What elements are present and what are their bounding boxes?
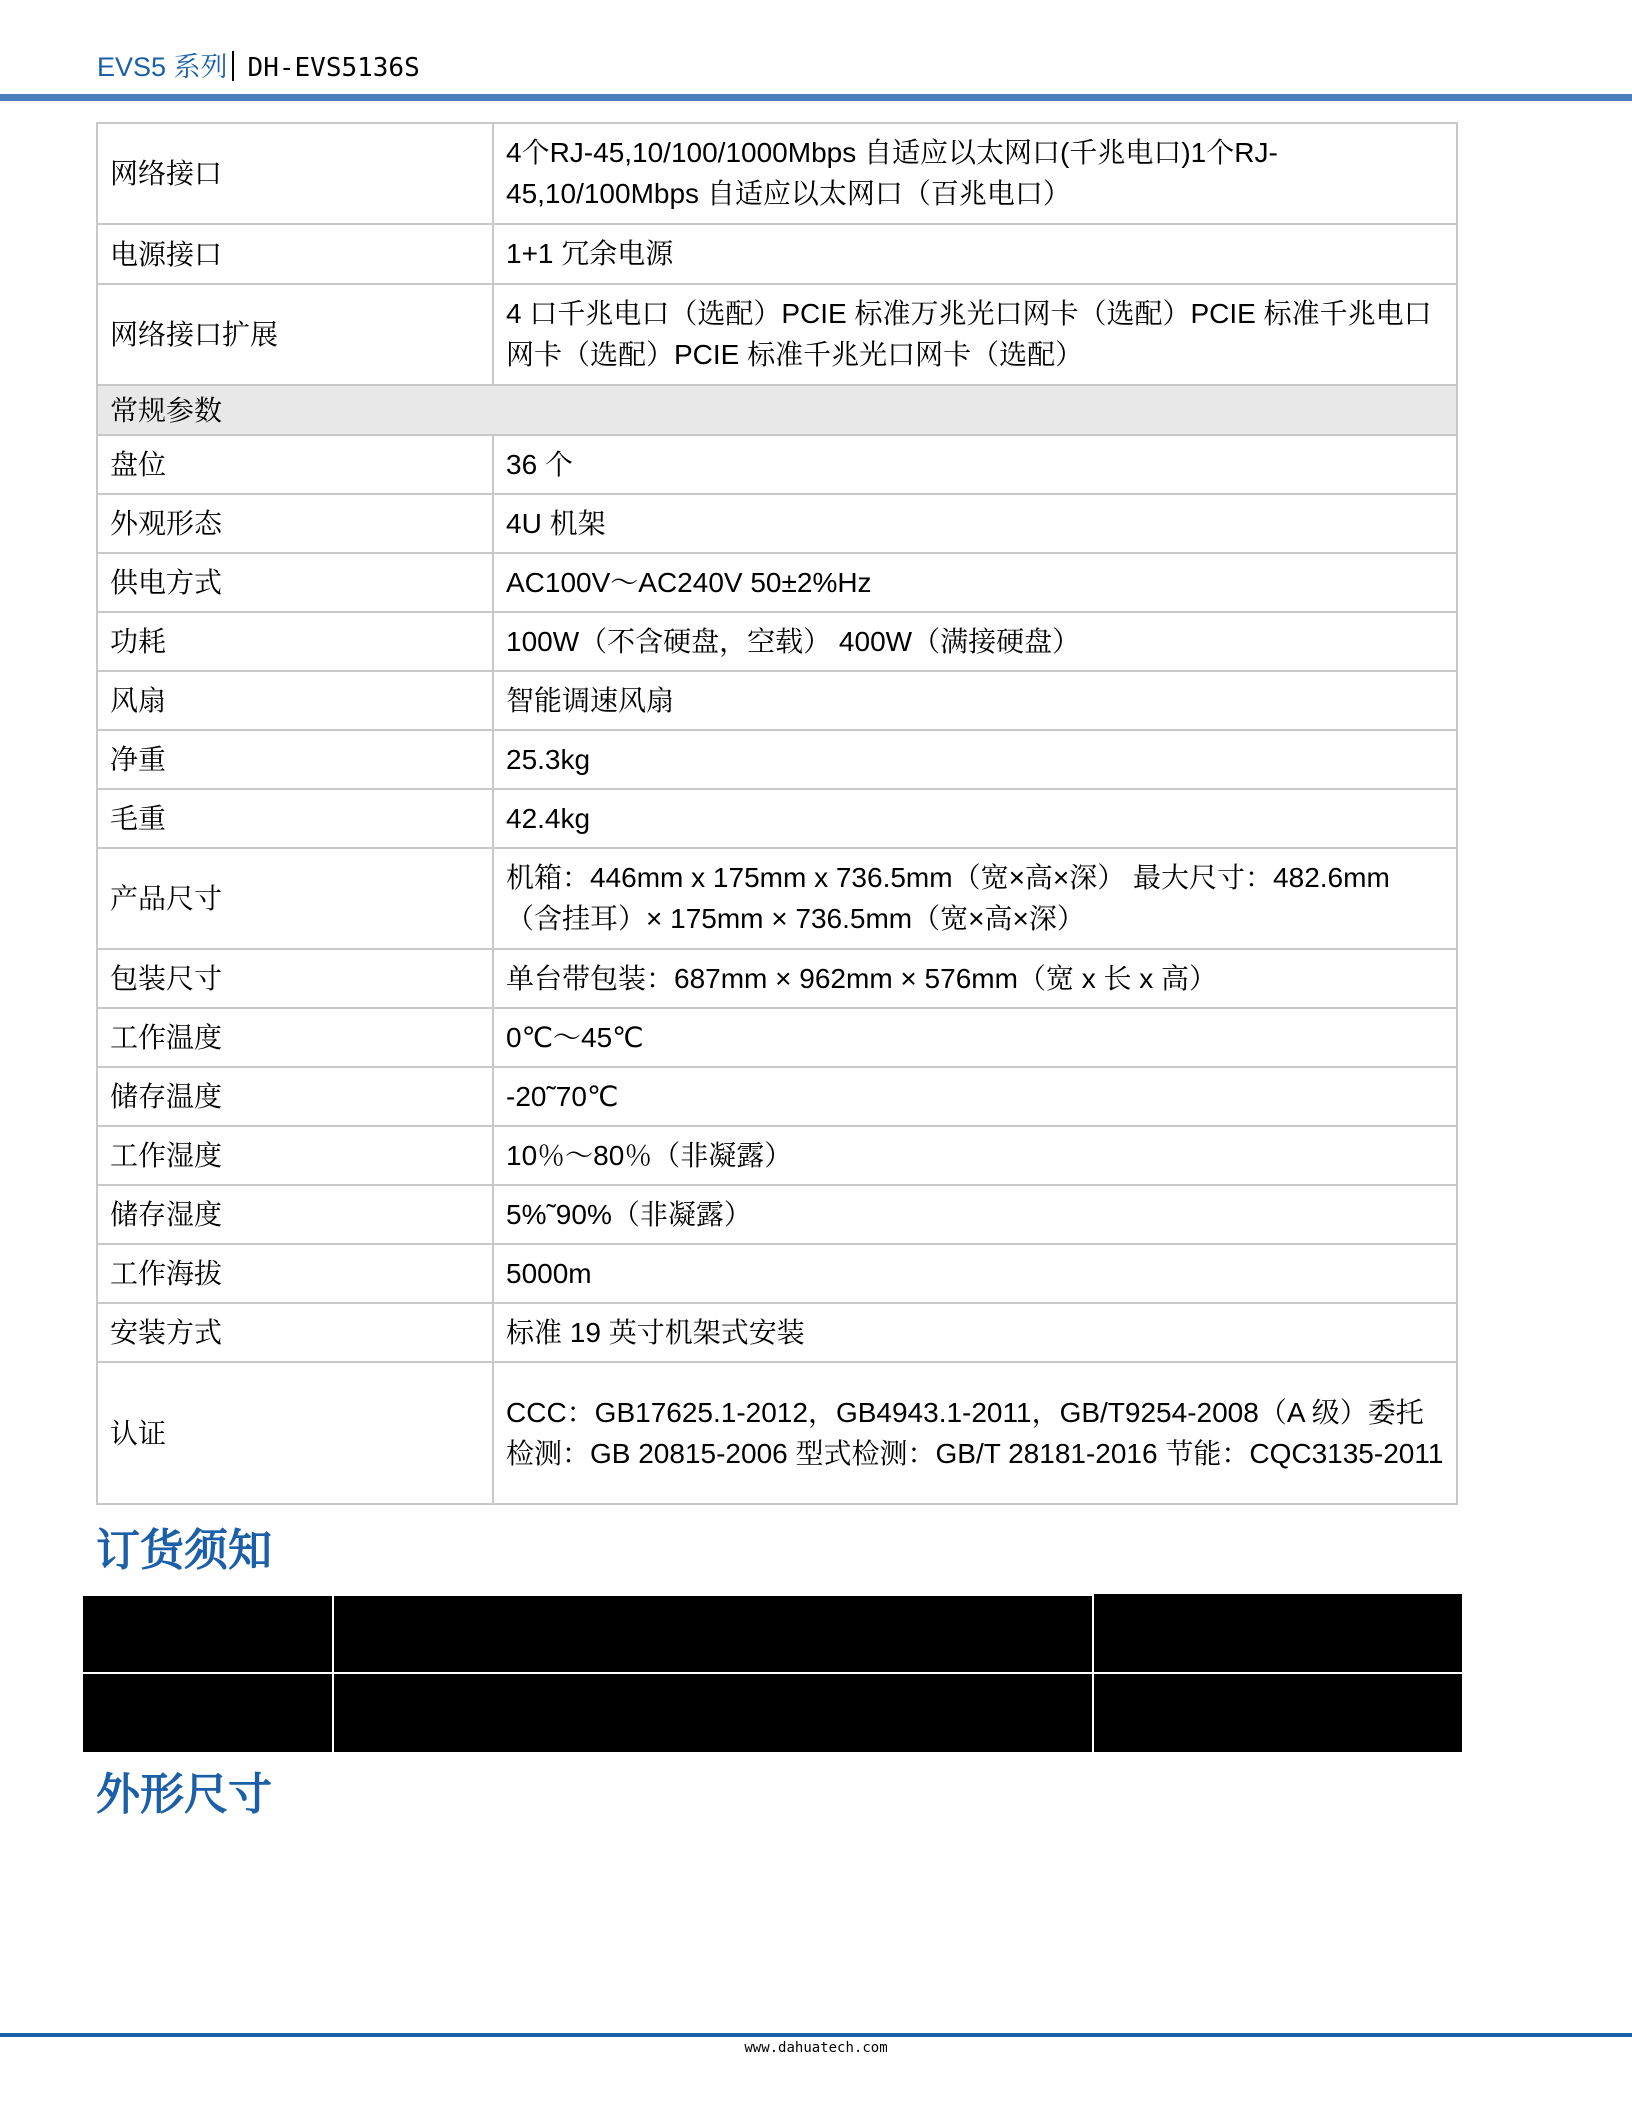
redacted-cell [1094,1594,1462,1672]
spec-key: 产品尺寸 [97,848,493,949]
spec-key: 网络接口扩展 [97,284,493,385]
spec-value: 25.3kg [493,730,1457,789]
spec-value: 5%˜90%（非凝露） [493,1185,1457,1244]
table-row: 网络接口 4个RJ-45,10/100/1000Mbps 自适应以太网口(千兆电… [97,123,1457,224]
spec-value: 100W（不含硬盘，空载） 400W（满接硬盘） [493,612,1457,671]
table-row: 净重 25.3kg [97,730,1457,789]
spec-value: -20˜70℃ [493,1067,1457,1126]
table-row: 外观形态 4U 机架 [97,494,1457,553]
spec-value: 智能调速风扇 [493,671,1457,730]
section-row-general: 常规参数 [97,385,1457,435]
table-row: 风扇 智能调速风扇 [97,671,1457,730]
spec-key: 包装尺寸 [97,949,493,1008]
spec-key: 安装方式 [97,1303,493,1362]
spec-key: 网络接口 [97,123,493,224]
dimensions-heading: 外形尺寸 [96,1770,272,1820]
spec-key: 储存湿度 [97,1185,493,1244]
table-row: 工作温度 0℃～45℃ [97,1008,1457,1067]
table-row: 认证 CCC：GB17625.1-2012，GB4943.1-2011，GB/T… [97,1362,1457,1504]
table-row: 产品尺寸 机箱：446mm x 175mm x 736.5mm（宽×高×深） 最… [97,848,1457,949]
redacted-cell [1094,1674,1462,1752]
spec-value: CCC：GB17625.1-2012，GB4943.1-2011，GB/T925… [493,1362,1457,1504]
table-row: 盘位 36 个 [97,435,1457,494]
series-label: EVS5 系列 [97,52,228,82]
spec-value: 5000m [493,1244,1457,1303]
redacted-cell [83,1674,332,1752]
spec-key: 净重 [97,730,493,789]
table-row: 网络接口扩展 4 口千兆电口（选配）PCIE 标准万兆光口网卡（选配）PCIE … [97,284,1457,385]
table-row: 工作海拔 5000m [97,1244,1457,1303]
spec-value: 4个RJ-45,10/100/1000Mbps 自适应以太网口(千兆电口)1个R… [493,123,1457,224]
spec-key: 电源接口 [97,224,493,284]
spec-key: 盘位 [97,435,493,494]
table-row: 功耗 100W（不含硬盘，空载） 400W（满接硬盘） [97,612,1457,671]
spec-key: 外观形态 [97,494,493,553]
spec-key: 功耗 [97,612,493,671]
redacted-cell [83,1596,332,1672]
spec-value: 1+1 冗余电源 [493,224,1457,284]
spec-value: 4U 机架 [493,494,1457,553]
spec-key: 认证 [97,1362,493,1504]
spec-value: AC100V～AC240V 50±2%Hz [493,553,1457,612]
spec-key: 风扇 [97,671,493,730]
spec-value: 4 口千兆电口（选配）PCIE 标准万兆光口网卡（选配）PCIE 标准千兆电口网… [493,284,1457,385]
spec-value: 机箱：446mm x 175mm x 736.5mm（宽×高×深） 最大尺寸：4… [493,848,1457,949]
spec-value: 单台带包装：687mm × 962mm × 576mm（宽 x 长 x 高） [493,949,1457,1008]
page-header: EVS5 系列DH-EVS5136S [97,50,420,84]
table-row: 储存温度 -20˜70℃ [97,1067,1457,1126]
spec-value: 0℃～45℃ [493,1008,1457,1067]
spec-key: 工作温度 [97,1008,493,1067]
spec-key: 毛重 [97,789,493,848]
table-row: 安装方式 标准 19 英寸机架式安装 [97,1303,1457,1362]
redacted-order-table [83,1594,1462,1752]
table-row: 电源接口 1+1 冗余电源 [97,224,1457,284]
table-row: 毛重 42.4kg [97,789,1457,848]
table-row: 包装尺寸 单台带包装：687mm × 962mm × 576mm（宽 x 长 x… [97,949,1457,1008]
spec-key: 储存温度 [97,1067,493,1126]
spec-value: 42.4kg [493,789,1457,848]
footer-website: www.dahuatech.com [0,2040,1632,2056]
redacted-cell [334,1596,1092,1672]
spec-key: 工作海拔 [97,1244,493,1303]
redacted-cell [334,1674,1092,1752]
spec-key: 工作湿度 [97,1126,493,1185]
model-label: DH-EVS5136S [248,53,420,83]
footer-rule [0,2033,1632,2037]
table-row: 供电方式 AC100V～AC240V 50±2%Hz [97,553,1457,612]
table-row: 工作湿度 10％～80％（非凝露） [97,1126,1457,1185]
header-separator [232,51,234,81]
spec-key: 供电方式 [97,553,493,612]
header-rule [0,94,1632,101]
spec-value: 标准 19 英寸机架式安装 [493,1303,1457,1362]
spec-table: 网络接口 4个RJ-45,10/100/1000Mbps 自适应以太网口(千兆电… [96,122,1458,1505]
table-row: 储存湿度 5%˜90%（非凝露） [97,1185,1457,1244]
spec-value: 10％～80％（非凝露） [493,1126,1457,1185]
order-info-heading: 订货须知 [96,1526,272,1576]
section-title: 常规参数 [97,385,1457,435]
spec-value: 36 个 [493,435,1457,494]
